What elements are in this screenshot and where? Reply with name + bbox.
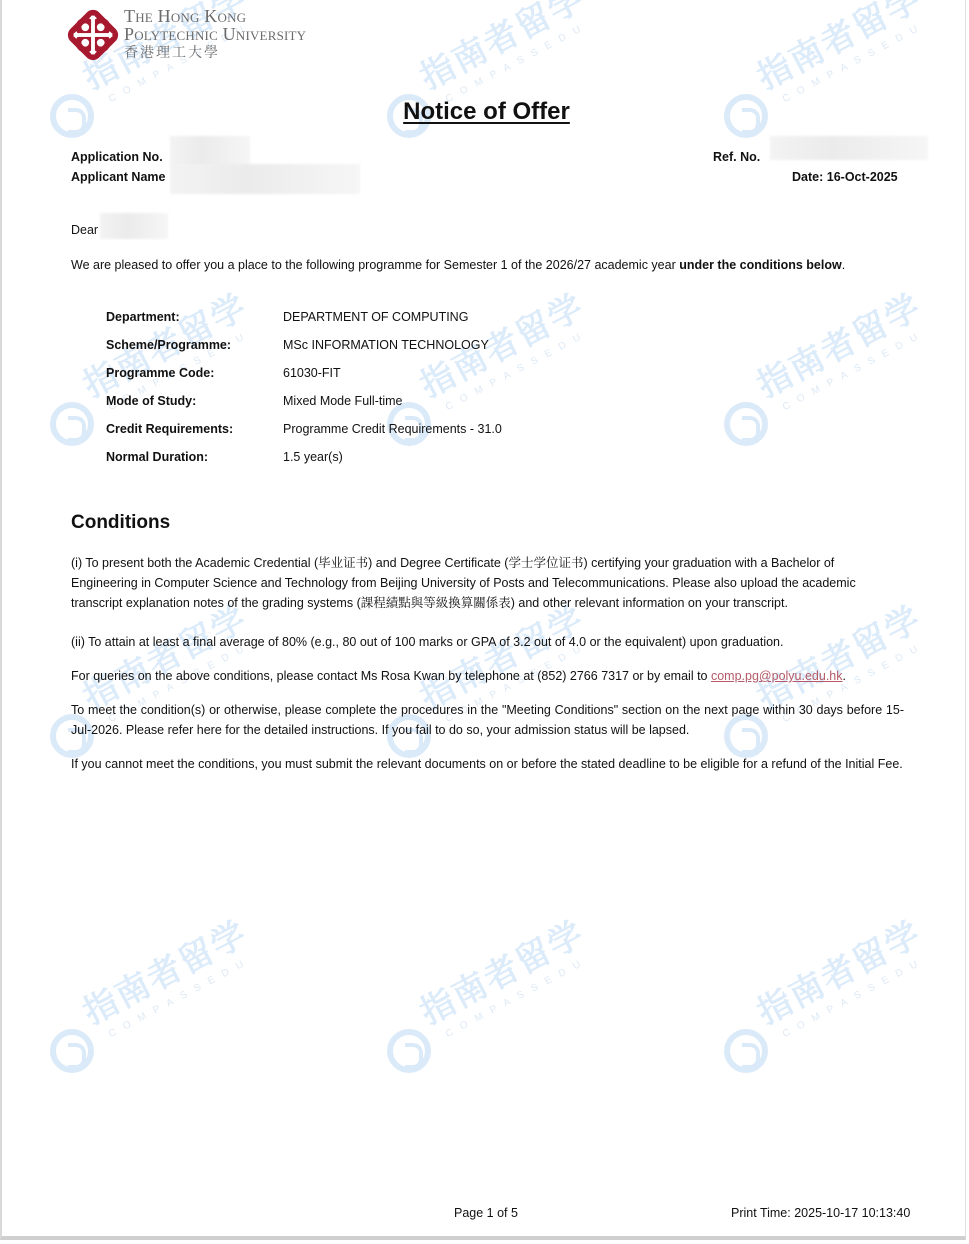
detail-label: Normal Duration: [106,450,283,464]
university-name-chinese: 香港理工大學 [124,44,306,62]
redacted-ref-no [770,136,928,160]
detail-label: Credit Requirements: [106,422,283,436]
detail-value: Mixed Mode Full-time [283,394,402,408]
detail-row: Programme Code:61030-FIT [106,359,502,387]
applicant-name-label: Applicant Name [71,170,165,184]
detail-value: 1.5 year(s) [283,450,343,464]
conditions-heading: Conditions [71,512,170,534]
detail-label: Department: [106,310,283,324]
email-link[interactable]: comp.pg@polyu.edu.hk [711,669,843,683]
detail-row: Scheme/Programme:MSc INFORMATION TECHNOL… [106,331,502,359]
date-value: 16-Oct-2025 [827,170,898,184]
detail-value: MSc INFORMATION TECHNOLOGY [283,338,489,352]
detail-row: Credit Requirements:Programme Credit Req… [106,415,502,443]
redacted-recipient-name [100,213,168,239]
page-title: Notice of Offer [2,98,969,126]
intro-bold-text: under the conditions below [679,258,842,272]
redacted-application-no [170,136,250,166]
salutation-text: Dear [71,223,98,237]
polyu-logo-icon [64,6,122,64]
queries-paragraph: For queries on the above conditions, ple… [71,666,904,686]
salutation: Dear [71,220,904,240]
ref-no-label: Ref. No. [713,150,760,164]
detail-row: Department:DEPARTMENT OF COMPUTING [106,303,502,331]
document-page: 指南者留学COMPASSEDU 指南者留学COMPASSEDU 指南者留学COM… [0,0,966,1240]
detail-row: Normal Duration:1.5 year(s) [106,443,502,471]
detail-label: Programme Code: [106,366,283,380]
detail-label: Mode of Study: [106,394,283,408]
condition-2: (ii) To attain at least a final average … [71,632,904,652]
intro-text: We are pleased to offer you a place to t… [71,258,679,272]
detail-value: DEPARTMENT OF COMPUTING [283,310,468,324]
university-name-line2: Polytechnic University [124,25,306,43]
programme-details: Department:DEPARTMENT OF COMPUTING Schem… [106,303,502,471]
detail-value: 61030-FIT [283,366,341,380]
university-name-line1: The Hong Kong [124,7,306,25]
title-text: Notice of Offer [403,98,570,125]
application-no-label: Application No. [71,150,163,164]
intro-paragraph: We are pleased to offer you a place to t… [71,255,904,275]
print-time: Print Time: 2025-10-17 10:13:40 [731,1206,910,1220]
condition-1: (i) To present both the Academic Credent… [71,553,904,613]
meeting-conditions-paragraph: To meet the condition(s) or otherwise, p… [71,700,904,740]
redacted-applicant-name [170,164,360,194]
detail-row: Mode of Study:Mixed Mode Full-time [106,387,502,415]
date-line: Date: 16-Oct-2025 [792,170,898,184]
intro-end: . [842,258,845,272]
refund-paragraph: If you cannot meet the conditions, you m… [71,754,904,774]
university-name: The Hong Kong Polytechnic University 香港理… [124,7,306,62]
detail-value: Programme Credit Requirements - 31.0 [283,422,502,436]
page-number: Page 1 of 5 [454,1206,518,1220]
queries-end: . [843,669,846,683]
queries-text: For queries on the above conditions, ple… [71,669,711,683]
detail-label: Scheme/Programme: [106,338,283,352]
date-label: Date: [792,170,823,184]
